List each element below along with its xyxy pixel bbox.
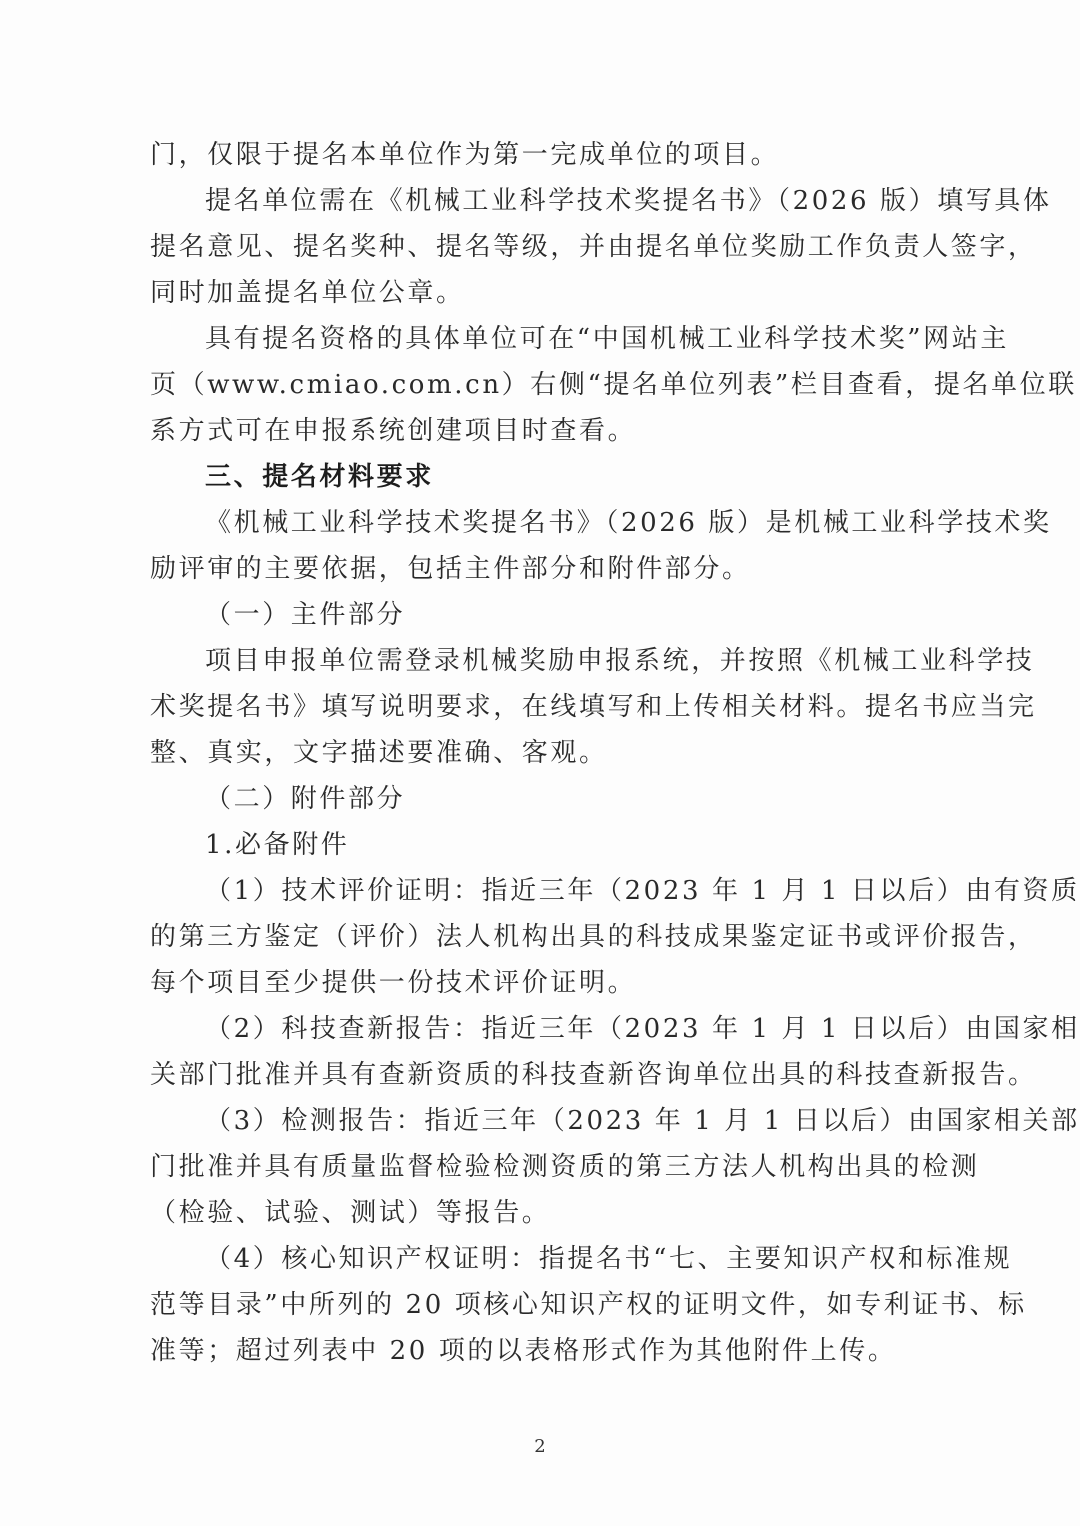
text-line: 门，仅限于提名本单位作为第一完成单位的项目。 <box>150 140 930 170</box>
paragraph-main-part: 项目申报单位需登录机械奖励申报系统，并按照《机械工业科学技 <box>205 646 985 676</box>
text-line: 范等目录”中所列的 20 项核心知识产权的证明文件，如专利证书、标 <box>150 1290 930 1320</box>
text-line: 同时加盖提名单位公章。 <box>150 278 930 308</box>
text-line: 术奖提名书》填写说明要求，在线填写和上传相关材料。提名书应当完 <box>150 692 930 722</box>
text-line: 提名意见、提名奖种、提名等级，并由提名单位奖励工作负责人签字， <box>150 232 930 262</box>
paragraph-nomination-form: 提名单位需在《机械工业科学技术奖提名书》（2026 版）填写具体 <box>205 186 985 216</box>
item-core-ip-proof: （4）核心知识产权证明：指提名书“七、主要知识产权和标准规 <box>205 1244 985 1274</box>
item-technical-evaluation: （1）技术评价证明：指近三年（2023 年 1 月 1 日以后）由有资质 <box>205 876 985 906</box>
text-line: （检验、试验、测试）等报告。 <box>150 1198 930 1228</box>
text-line-website: 页（www.cmiao.com.cn）右侧“提名单位列表”栏目查看，提名单位联 <box>150 370 930 400</box>
text-line: 系方式可在申报系统创建项目时查看。 <box>150 416 930 446</box>
text-line: 整、真实，文字描述要准确、客观。 <box>150 738 930 768</box>
item-novelty-search-report: （2）科技查新报告：指近三年（2023 年 1 月 1 日以后）由国家相 <box>205 1014 985 1044</box>
subheading-main-part: （一）主件部分 <box>205 600 985 630</box>
section-heading-materials: 三、提名材料要求 <box>205 462 985 492</box>
text-line: 准等；超过列表中 20 项的以表格形式作为其他附件上传。 <box>150 1336 930 1366</box>
item-test-report: （3）检测报告：指近三年（2023 年 1 月 1 日以后）由国家相关部 <box>205 1106 985 1136</box>
text-line: 每个项目至少提供一份技术评价证明。 <box>150 968 930 998</box>
paragraph-materials-intro: 《机械工业科学技术奖提名书》（2026 版）是机械工业科学技术奖 <box>205 508 985 538</box>
text-line: 关部门批准并具有查新资质的科技查新咨询单位出具的科技查新报告。 <box>150 1060 930 1090</box>
text-line: 门批准并具有质量监督检验检测资质的第三方法人机构出具的检测 <box>150 1152 930 1182</box>
document-page: 门，仅限于提名本单位作为第一完成单位的项目。 提名单位需在《机械工业科学技术奖提… <box>0 0 1080 1526</box>
subheading-attachments: （二）附件部分 <box>205 784 985 814</box>
text-line: 励评审的主要依据，包括主件部分和附件部分。 <box>150 554 930 584</box>
text-line: 的第三方鉴定（评价）法人机构出具的科技成果鉴定证书或评价报告， <box>150 922 930 952</box>
page-number: 2 <box>0 1436 1080 1457</box>
subheading-required-attachments: 1.必备附件 <box>205 830 985 860</box>
paragraph-eligible-units: 具有提名资格的具体单位可在“中国机械工业科学技术奖”网站主 <box>205 324 985 354</box>
